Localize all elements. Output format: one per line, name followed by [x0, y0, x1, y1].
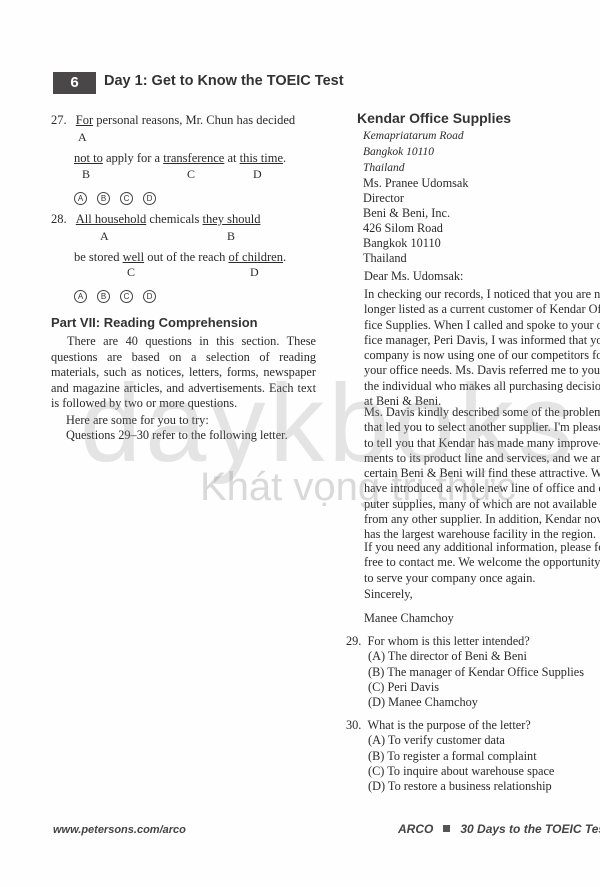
intro-paragraph: There are 40 questions in this section. … [51, 334, 316, 412]
letter-line: from any other supplier. In addition, Ke… [364, 512, 600, 527]
option-segment-d: of children [228, 250, 283, 264]
answer-bubble-c[interactable]: C [120, 290, 133, 303]
answer-bubbles-28: A B C D [74, 290, 156, 303]
letter-line: have introduced a whole new line of offi… [364, 481, 600, 496]
address-line: Thailand [363, 160, 464, 176]
letter-line: longer listed as a current customer of K… [364, 302, 600, 317]
recipient-address: Ms. Pranee Udomsak Director Beni & Beni,… [363, 176, 469, 266]
option-segment-b: not to [74, 151, 103, 165]
label-a: A [100, 229, 109, 244]
recipient-line: 426 Silom Road [363, 221, 469, 236]
label-a: A [78, 130, 87, 145]
question-stem: 30. What is the purpose of the letter? [346, 718, 554, 733]
recipient-line: Beni & Beni, Inc. [363, 206, 469, 221]
letter-line: your office needs. Ms. Davis referred me… [364, 363, 600, 378]
letter-signature: Manee Chamchoy [364, 611, 600, 626]
question-number: 28. [51, 212, 67, 226]
salutation: Dear Ms. Udomsak: [364, 269, 600, 284]
book-page: 6 Day 1: Get to Know the TOEIC Test 27. … [0, 0, 600, 887]
letter-line: the individual who makes all purchasing … [364, 379, 600, 394]
question-27-line1: For personal reasons, Mr. Chun has decid… [76, 113, 295, 127]
question-text: What is the purpose of the letter? [368, 718, 531, 732]
option-segment-c: well [123, 250, 145, 264]
letter-paragraph-3: If you need any additional information, … [364, 540, 600, 586]
text-segment: be stored [74, 250, 123, 264]
try-instruction: Here are some for you to try: [66, 413, 209, 428]
answer-bubble-b[interactable]: B [97, 192, 110, 205]
answer-option-d[interactable]: (D) To restore a business relationship [368, 779, 554, 794]
letter-line: If you need any additional information, … [364, 540, 600, 555]
question-28-line2: be stored well out of the reach of child… [74, 250, 286, 265]
label-d: D [250, 265, 259, 280]
question-stem: 29. For whom is this letter intended? [346, 634, 584, 649]
letter-line: fice Supplies. When I called and spoke t… [364, 318, 600, 333]
answer-bubble-a[interactable]: A [74, 192, 87, 205]
text-segment: personal reasons, Mr. Chun has decided [93, 113, 295, 127]
question-27-line2: not to apply for a transference at this … [74, 151, 286, 166]
text-segment: out of the reach [144, 250, 228, 264]
text-segment: at [224, 151, 239, 165]
answer-option-c[interactable]: (C) To inquire about warehouse space [368, 764, 554, 779]
answer-bubble-a[interactable]: A [74, 290, 87, 303]
recipient-line: Ms. Pranee Udomsak [363, 176, 469, 191]
letter-line: ments to its product line and services, … [364, 451, 600, 466]
question-30: 30. What is the purpose of the letter? (… [346, 718, 554, 794]
option-segment-a: For [76, 113, 93, 127]
text-segment: chemicals [146, 212, 202, 226]
footer-book-info: ARCO30 Days to the TOEIC Test [398, 822, 600, 836]
answer-option-b[interactable]: (B) The manager of Kendar Office Supplie… [368, 665, 584, 680]
question-29: 29. For whom is this letter intended? (A… [346, 634, 584, 710]
letter-closing: Sincerely, [364, 587, 600, 602]
letter-line: puter supplies, many of which are not av… [364, 497, 600, 512]
question-number: 29. [346, 634, 361, 648]
answer-option-a[interactable]: (A) To verify customer data [368, 733, 554, 748]
letter-line: that led you to select another supplier.… [364, 420, 600, 435]
option-segment-b: they should [202, 212, 260, 226]
square-separator-icon [443, 825, 450, 832]
text-segment: apply for a [103, 151, 163, 165]
letter-line: company is now using one of our competit… [364, 348, 600, 363]
option-segment-d: this time [240, 151, 283, 165]
letter-line: Ms. Davis kindly described some of the p… [364, 405, 600, 420]
questions-reference: Questions 29–30 refer to the following l… [66, 428, 288, 443]
address-line: Bangkok 10110 [363, 144, 464, 160]
recipient-line: Bangkok 10110 [363, 236, 469, 251]
letter-paragraph-2: Ms. Davis kindly described some of the p… [364, 405, 600, 543]
label-c: C [127, 265, 135, 280]
label-d: D [253, 167, 262, 182]
letter-paragraph-1: In checking our records, I noticed that … [364, 287, 600, 409]
answer-option-c[interactable]: (C) Peri Davis [368, 680, 584, 695]
answer-bubbles-27: A B C D [74, 192, 156, 205]
letter-line: In checking our records, I noticed that … [364, 287, 600, 302]
footer-url: www.petersons.com/arco [53, 824, 186, 836]
option-segment-a: All household [76, 212, 146, 226]
footer-book-title: 30 Days to the TOEIC Test [460, 822, 600, 836]
letter-line: fice manager, Peri Davis, I was informed… [364, 333, 600, 348]
letter-line: free to contact me. We welcome the oppor… [364, 555, 600, 570]
question-28: 28. All household chemicals they should [51, 212, 260, 227]
answer-bubble-d[interactable]: D [143, 192, 156, 205]
answer-option-a[interactable]: (A) The director of Beni & Beni [368, 649, 584, 664]
text-segment: . [283, 151, 286, 165]
chapter-title: Day 1: Get to Know the TOEIC Test [104, 73, 344, 89]
letter-line: to tell you that Kendar has made many im… [364, 436, 600, 451]
address-line: Kemapriatarum Road [363, 128, 464, 144]
answer-bubble-b[interactable]: B [97, 290, 110, 303]
recipient-line: Director [363, 191, 469, 206]
footer-publisher: ARCO [398, 822, 433, 836]
label-b: B [227, 229, 235, 244]
answer-option-d[interactable]: (D) Manee Chamchoy [368, 695, 584, 710]
text-segment: . [283, 250, 286, 264]
question-text: For whom is this letter intended? [368, 634, 530, 648]
label-b: B [82, 167, 90, 182]
sender-address: Kemapriatarum Road Bangkok 10110 Thailan… [363, 128, 464, 176]
answer-bubble-d[interactable]: D [143, 290, 156, 303]
answer-bubble-c[interactable]: C [120, 192, 133, 205]
question-number: 30. [346, 718, 361, 732]
page-number-badge: 6 [53, 72, 96, 94]
label-c: C [187, 167, 195, 182]
section-heading: Part VII: Reading Comprehension [51, 315, 258, 330]
letterhead-company: Kendar Office Supplies [357, 110, 511, 126]
answer-option-b[interactable]: (B) To register a formal complaint [368, 749, 554, 764]
question-number: 27. [51, 113, 67, 127]
question-28-line1: All household chemicals they should [76, 212, 261, 226]
option-segment-c: transference [163, 151, 224, 165]
recipient-line: Thailand [363, 251, 469, 266]
letter-line: certain Beni & Beni will find these attr… [364, 466, 600, 481]
question-27: 27. For personal reasons, Mr. Chun has d… [51, 113, 295, 128]
section-intro: There are 40 questions in this section. … [51, 334, 316, 412]
letter-line: to serve your company once again. [364, 571, 600, 586]
